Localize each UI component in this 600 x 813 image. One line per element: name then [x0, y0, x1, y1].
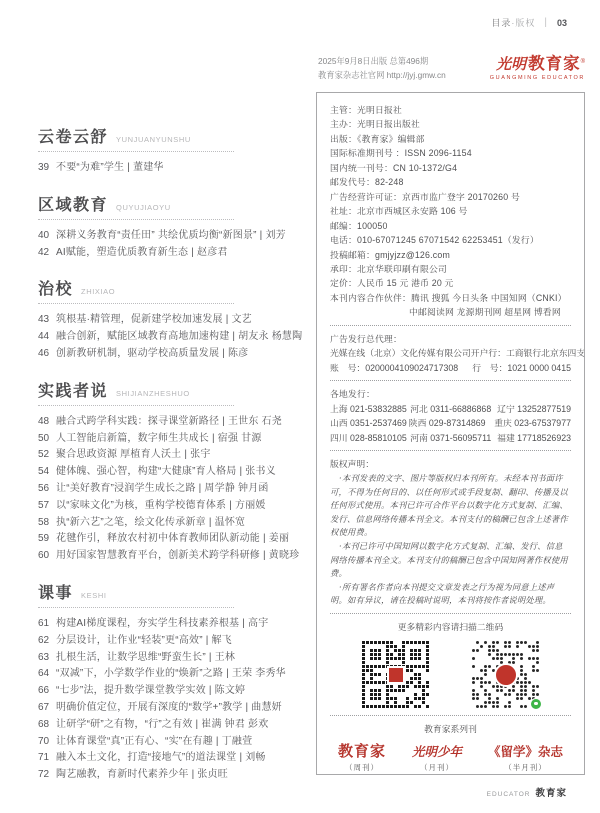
info-line-partners: 本刊内容合作伙伴：腾讯 搜狐 今日头条 中国知网（CNKI）	[330, 291, 571, 305]
entry-page-number: 71	[38, 750, 56, 767]
guangming-educator-logo: 光明 教育家 ® GUANGMING EDUCATOR	[490, 56, 585, 81]
series-item-guangmingshaonian: 光明少年 （月刊）	[412, 743, 462, 773]
entry-text: 健体魄、强心智，构建“大健康”育人格局 | 张书义	[56, 464, 276, 481]
info-line: 承印：北京华联印刷有限公司	[330, 262, 571, 276]
toc-entry: 44融合创新，赋能区域教育高地加速构建 | 胡友永 杨慧陶	[38, 329, 312, 346]
info-line: 定价：人民币 15 元 港币 20 元	[330, 276, 571, 290]
entry-text: 执“新六艺”之笔，绘文化传承新章 | 温怀宽	[56, 515, 245, 532]
entry-text: “七步”法，提升数学课堂教学实效 | 陈文婷	[56, 683, 245, 700]
section-pinyin: YUNJUANYUNSHU	[116, 135, 191, 144]
toc-entry: 67明确价值定位，开展有深度的“数学+”教学 | 曲慧妍	[38, 700, 312, 717]
toc-entry: 42AI赋能，塑造优质教育新生态 | 赵彦君	[38, 245, 312, 262]
header-separator: |	[544, 17, 548, 28]
toc-entry: 61构建AI梯度课程，夯实学生科技素养根基 | 高宇	[38, 616, 312, 633]
publication-info-box: 主管：光明日报社 主办：光明日报出版社 出版：《教育家》编辑部 国际标准期刊号 …	[316, 92, 585, 775]
copyright-title: 版权声明：	[330, 457, 571, 472]
section-pinyin: KESHI	[81, 591, 107, 600]
official-website-link[interactable]: 教育家杂志社官网 http://jyj.gmw.cn	[318, 69, 446, 83]
distribution-cell: 河北 0311-66886868	[410, 402, 497, 416]
entry-page-number: 59	[38, 531, 56, 548]
entry-page-number: 44	[38, 329, 56, 346]
entry-text: 让体育课堂“真”正有心、“实”在有趣 | 丁融萱	[56, 734, 252, 751]
logo-script-text: 光明	[496, 57, 526, 72]
toc-entry: 50人工智能启新篇，数字师生共成长 | 宿强 甘源	[38, 431, 312, 448]
toc-entry: 62分层设计，让作业“轻装”更“高效” | 解飞	[38, 633, 312, 650]
entry-text: 创新教研机制，驱动学校高质量发展 | 陈彦	[56, 346, 248, 363]
footer-educator-en: EDUCATOR	[487, 791, 531, 798]
toc-entry: 71融入本土文化，打造“接地气”的道法课堂 | 刘畅	[38, 750, 312, 767]
toc-entry: 48融合式跨学科实践：探寻课堂新路径 | 王世东 石尧	[38, 414, 312, 431]
entry-text: 融入本土文化，打造“接地气”的道法课堂 | 刘畅	[56, 750, 266, 767]
qr-code-wechat	[472, 641, 540, 709]
copyright-paragraph: ·所有署名作者向本刊提交文章发表之行为视为同意上述声明。如有异议，请在投稿时说明…	[330, 581, 571, 608]
dotted-divider	[330, 450, 571, 451]
entry-page-number: 67	[38, 700, 56, 717]
section-title: 实践者说	[38, 378, 108, 401]
info-line: 国内统一刊号：CN 10-1372/G4	[330, 161, 571, 175]
registered-trademark-icon: ®	[581, 59, 585, 65]
entry-text: 用好国家智慧教育平台，创新美术跨学科研修 | 黄晓珍	[56, 548, 299, 565]
toc-entry: 43筑根基·精管理，促新建学校加速发展 | 文艺	[38, 312, 312, 329]
entry-page-number: 61	[38, 616, 56, 633]
entry-text: 分层设计，让作业“轻装”更“高效” | 解飞	[56, 633, 232, 650]
section-title: 课事	[38, 580, 73, 603]
entry-page-number: 60	[38, 548, 56, 565]
copyright-paragraph: ·本刊已许可中国知网以数字化方式复制、汇编、发行、信息网络传播本刊全文。本刊支付…	[330, 540, 571, 581]
series-logo: 光明少年	[412, 743, 462, 761]
entry-page-number: 40	[38, 228, 56, 245]
info-line: 主管：光明日报社	[330, 103, 571, 117]
distribution-cell: 四川 028-85810105	[330, 431, 410, 445]
entry-text: 让研学“研”之有物，“行”之有效 | 崔满 钟君 彭欢	[56, 717, 268, 734]
entry-text: 以“家味文化”为核，重构学校德育体系 | 方丽媛	[56, 498, 266, 515]
qr-caption: 更多精彩内容请扫描二维码	[330, 620, 571, 635]
section-pinyin: SHIJIANZHESHUO	[116, 389, 190, 398]
header-section-label: 目录·版权	[491, 16, 535, 29]
section-pinyin: QUYUJIAOYU	[116, 203, 171, 212]
publication-date: 2025年9月8日出版 总第496期	[318, 55, 446, 69]
series-logo: 教育家	[338, 743, 386, 761]
toc-entry: 64“双减”下，小学数学作业的“焕新”之路 | 王荣 李秀华	[38, 666, 312, 683]
info-line: 国际标准期刊号 ：ISSN 2096-1154	[330, 146, 571, 160]
section-divider	[38, 303, 234, 304]
entry-page-number: 43	[38, 312, 56, 329]
ad-agent-bank-code: 行 号：1021 0000 0415	[472, 361, 571, 375]
section-title: 云卷云舒	[38, 124, 108, 147]
entry-page-number: 62	[38, 633, 56, 650]
toc-entry: 56让“美好教育”浸润学生成长之路 | 周学静 钟月函	[38, 481, 312, 498]
entry-text: 陶艺融教，育新时代素养少年 | 张贞旺	[56, 767, 228, 784]
masthead: 2025年9月8日出版 总第496期 教育家杂志社官网 http://jyj.g…	[318, 55, 585, 82]
toc-section-zhixiao: 治校 ZHIXIAO 43筑根基·精管理，促新建学校加速发展 | 文艺 44融合…	[38, 276, 312, 362]
entry-page-number: 54	[38, 464, 56, 481]
entry-page-number: 48	[38, 414, 56, 431]
header-page-number: 03	[557, 18, 567, 28]
distribution-cell: 上海 021-53832885	[330, 402, 410, 416]
info-line: 社址：北京市西城区永安路 106 号	[330, 204, 571, 218]
entry-page-number: 66	[38, 683, 56, 700]
page-header: 目录·版权 | 03	[491, 16, 567, 29]
dotted-divider	[330, 380, 571, 381]
section-divider	[38, 607, 234, 608]
info-line: 主办：光明日报出版社	[330, 117, 571, 131]
entry-text: 人工智能启新篇，数字师生共成长 | 宿强 甘源	[56, 431, 262, 448]
distribution-row: 山西 0351-2537469 陕西 029-87314869 重庆 023-6…	[330, 416, 571, 430]
section-pinyin: ZHIXIAO	[81, 287, 115, 296]
distribution-cell: 山西 0351-2537469	[330, 416, 409, 430]
toc-section-shijianzheshuo: 实践者说 SHIJIANZHESHUO 48融合式跨学科实践：探寻课堂新路径 |…	[38, 378, 312, 565]
series-frequency: （月刊）	[412, 762, 462, 773]
info-line: 邮发代号：82-248	[330, 175, 571, 189]
toc-entry: 59花毽作引，释放农村初中体育教师团队新动能 | 姜丽	[38, 531, 312, 548]
entry-page-number: 63	[38, 650, 56, 667]
distribution-cell: 陕西 029-87314869	[409, 416, 494, 430]
toc-entry: 58执“新六艺”之笔，绘文化传承新章 | 温怀宽	[38, 515, 312, 532]
series-title: 教育家系列刊	[330, 722, 571, 737]
entry-page-number: 52	[38, 447, 56, 464]
entry-page-number: 72	[38, 767, 56, 784]
entry-text: 筑根基·精管理，促新建学校加速发展 | 文艺	[56, 312, 252, 329]
toc-section-yunjuanyunshu: 云卷云舒 YUNJUANYUNSHU 39不要“为难”学生 | 董建华	[38, 124, 312, 177]
dotted-divider	[330, 613, 571, 614]
entry-text: 聚合思政资源 厚植育人沃土 | 张宇	[56, 447, 211, 464]
logo-subtitle: GUANGMING EDUCATOR	[490, 76, 585, 82]
toc-entry: 54健体魄、强心智，构建“大健康”育人格局 | 张书义	[38, 464, 312, 481]
series-item-liuxue: 《留学》杂志 （半月刊）	[488, 743, 563, 773]
entry-text: 花毽作引，释放农村初中体育教师团队新动能 | 姜丽	[56, 531, 289, 548]
entry-page-number: 46	[38, 346, 56, 363]
entry-page-number: 57	[38, 498, 56, 515]
footer-educator-cn: 教育家	[535, 785, 567, 799]
ad-agent-bank: 开户行：工商银行北京东四支行	[471, 346, 585, 360]
entry-page-number: 58	[38, 515, 56, 532]
entry-text: AI赋能，塑造优质教育新生态 | 赵彦君	[56, 245, 228, 262]
toc-entry: 52聚合思政资源 厚植育人沃土 | 张宇	[38, 447, 312, 464]
wechat-badge-icon	[530, 698, 542, 710]
distribution-cell: 福建 17718526923	[497, 431, 571, 445]
series-frequency: （周刊）	[338, 762, 386, 773]
toc-entry: 70让体育课堂“真”正有心、“实”在有趣 | 丁融萱	[38, 734, 312, 751]
entry-text: “双减”下，小学数学作业的“焕新”之路 | 王荣 李秀华	[56, 666, 286, 683]
toc-entry: 63扎根生活，让数学思维“野蛮生长” | 王林	[38, 650, 312, 667]
section-divider	[38, 151, 234, 152]
section-divider	[38, 219, 234, 220]
toc-entry: 66“七步”法，提升数学课堂教学实效 | 陈文婷	[38, 683, 312, 700]
qr-logo-red-square	[387, 666, 405, 684]
section-title: 区域教育	[38, 192, 108, 215]
series-item-jiaoyujia: 教育家 （周刊）	[338, 743, 386, 773]
toc-section-keshi: 课事 KESHI 61构建AI梯度课程，夯实学生科技素养根基 | 高宇 62分层…	[38, 580, 312, 784]
entry-page-number: 56	[38, 481, 56, 498]
toc-entry: 68让研学“研”之有物，“行”之有效 | 崔满 钟君 彭欢	[38, 717, 312, 734]
ad-agent-account: 账 号：0200004109024717308	[330, 361, 458, 375]
toc-entry: 40深耕义务教育“责任田” 共绘优质均衡“新图景” | 刘芳	[38, 228, 312, 245]
distribution-cell: 辽宁 13252877519	[497, 402, 571, 416]
page-footer: EDUCATOR 教育家	[487, 785, 567, 799]
info-line: 出版：《教育家》编辑部	[330, 132, 571, 146]
distribution-cell: 河南 0371-56095711	[410, 431, 497, 445]
entry-page-number: 68	[38, 717, 56, 734]
distribution-title: 各地发行：	[330, 387, 571, 401]
entry-text: 让“美好教育”浸润学生成长之路 | 周学静 钟月函	[56, 481, 269, 498]
series-logo: 《留学》杂志	[488, 743, 563, 761]
dotted-divider	[330, 325, 571, 326]
info-line: 电话：010-67071245 67071542 62253451（发行）	[330, 233, 571, 247]
entry-page-number: 50	[38, 431, 56, 448]
dotted-divider	[330, 715, 571, 716]
qr-code-official-account	[362, 641, 430, 709]
toc-entry: 57以“家味文化”为核，重构学校德育体系 | 方丽媛	[38, 498, 312, 515]
distribution-row: 上海 021-53832885 河北 0311-66886868 辽宁 1325…	[330, 402, 571, 416]
toc-entry: 39不要“为难”学生 | 董建华	[38, 160, 312, 177]
distribution-cell: 重庆 023-67537977	[494, 416, 571, 430]
entry-page-number: 64	[38, 666, 56, 683]
info-line: 邮编：100050	[330, 219, 571, 233]
distribution-row: 四川 028-85810105 河南 0371-56095711 福建 1771…	[330, 431, 571, 445]
toc-section-quyujiaoyu: 区域教育 QUYUJIAOYU 40深耕义务教育“责任田” 共绘优质均衡“新图景…	[38, 192, 312, 262]
logo-main-text: 教育家	[528, 56, 581, 73]
toc-entry: 46创新教研机制，驱动学校高质量发展 | 陈彦	[38, 346, 312, 363]
entry-page-number: 70	[38, 734, 56, 751]
info-line-partners-2: 中邮阅读网 龙源期刊网 超星网 博看网	[330, 305, 571, 319]
copyright-paragraph: ·本刊发表的文字、图片等版权归本刊所有。未经本刊书面许可，不得为任何目的、以任何…	[330, 472, 571, 540]
qr-logo-red-circle	[494, 663, 518, 687]
info-line-email: 投稿邮箱：gmjyjzz@126.com	[330, 248, 571, 262]
entry-page-number: 42	[38, 245, 56, 262]
entry-text: 深耕义务教育“责任田” 共绘优质均衡“新图景” | 刘芳	[56, 228, 286, 245]
entry-text: 扎根生活，让数学思维“野蛮生长” | 王林	[56, 650, 235, 667]
toc-column: 云卷云舒 YUNJUANYUNSHU 39不要“为难”学生 | 董建华 区域教育…	[38, 124, 312, 799]
entry-page-number: 39	[38, 160, 56, 177]
section-divider	[38, 405, 234, 406]
toc-entry: 60用好国家智慧教育平台，创新美术跨学科研修 | 黄晓珍	[38, 548, 312, 565]
series-frequency: （半月刊）	[488, 762, 563, 773]
entry-text: 融合式跨学科实践：探寻课堂新路径 | 王世东 石尧	[56, 414, 282, 431]
entry-text: 融合创新，赋能区域教育高地加速构建 | 胡友永 杨慧陶	[56, 329, 302, 346]
entry-text: 不要“为难”学生 | 董建华	[56, 160, 164, 177]
info-line: 广告经营许可证：京西市监广登字 20170260 号	[330, 190, 571, 204]
entry-text: 明确价值定位，开展有深度的“数学+”教学 | 曲慧妍	[56, 700, 282, 717]
magazine-toc-copyright-page: 目录·版权 | 03 云卷云舒 YUNJUANYUNSHU 39不要“为难”学生…	[0, 0, 600, 813]
toc-entry: 72陶艺融教，育新时代素养少年 | 张贞旺	[38, 767, 312, 784]
entry-text: 构建AI梯度课程，夯实学生科技素养根基 | 高宇	[56, 616, 268, 633]
ad-agent-company: 光媒在线（北京）文化传媒有限公司	[330, 346, 471, 360]
section-title: 治校	[38, 276, 73, 299]
ad-agent-title: 广告发行总代理：	[330, 332, 571, 346]
